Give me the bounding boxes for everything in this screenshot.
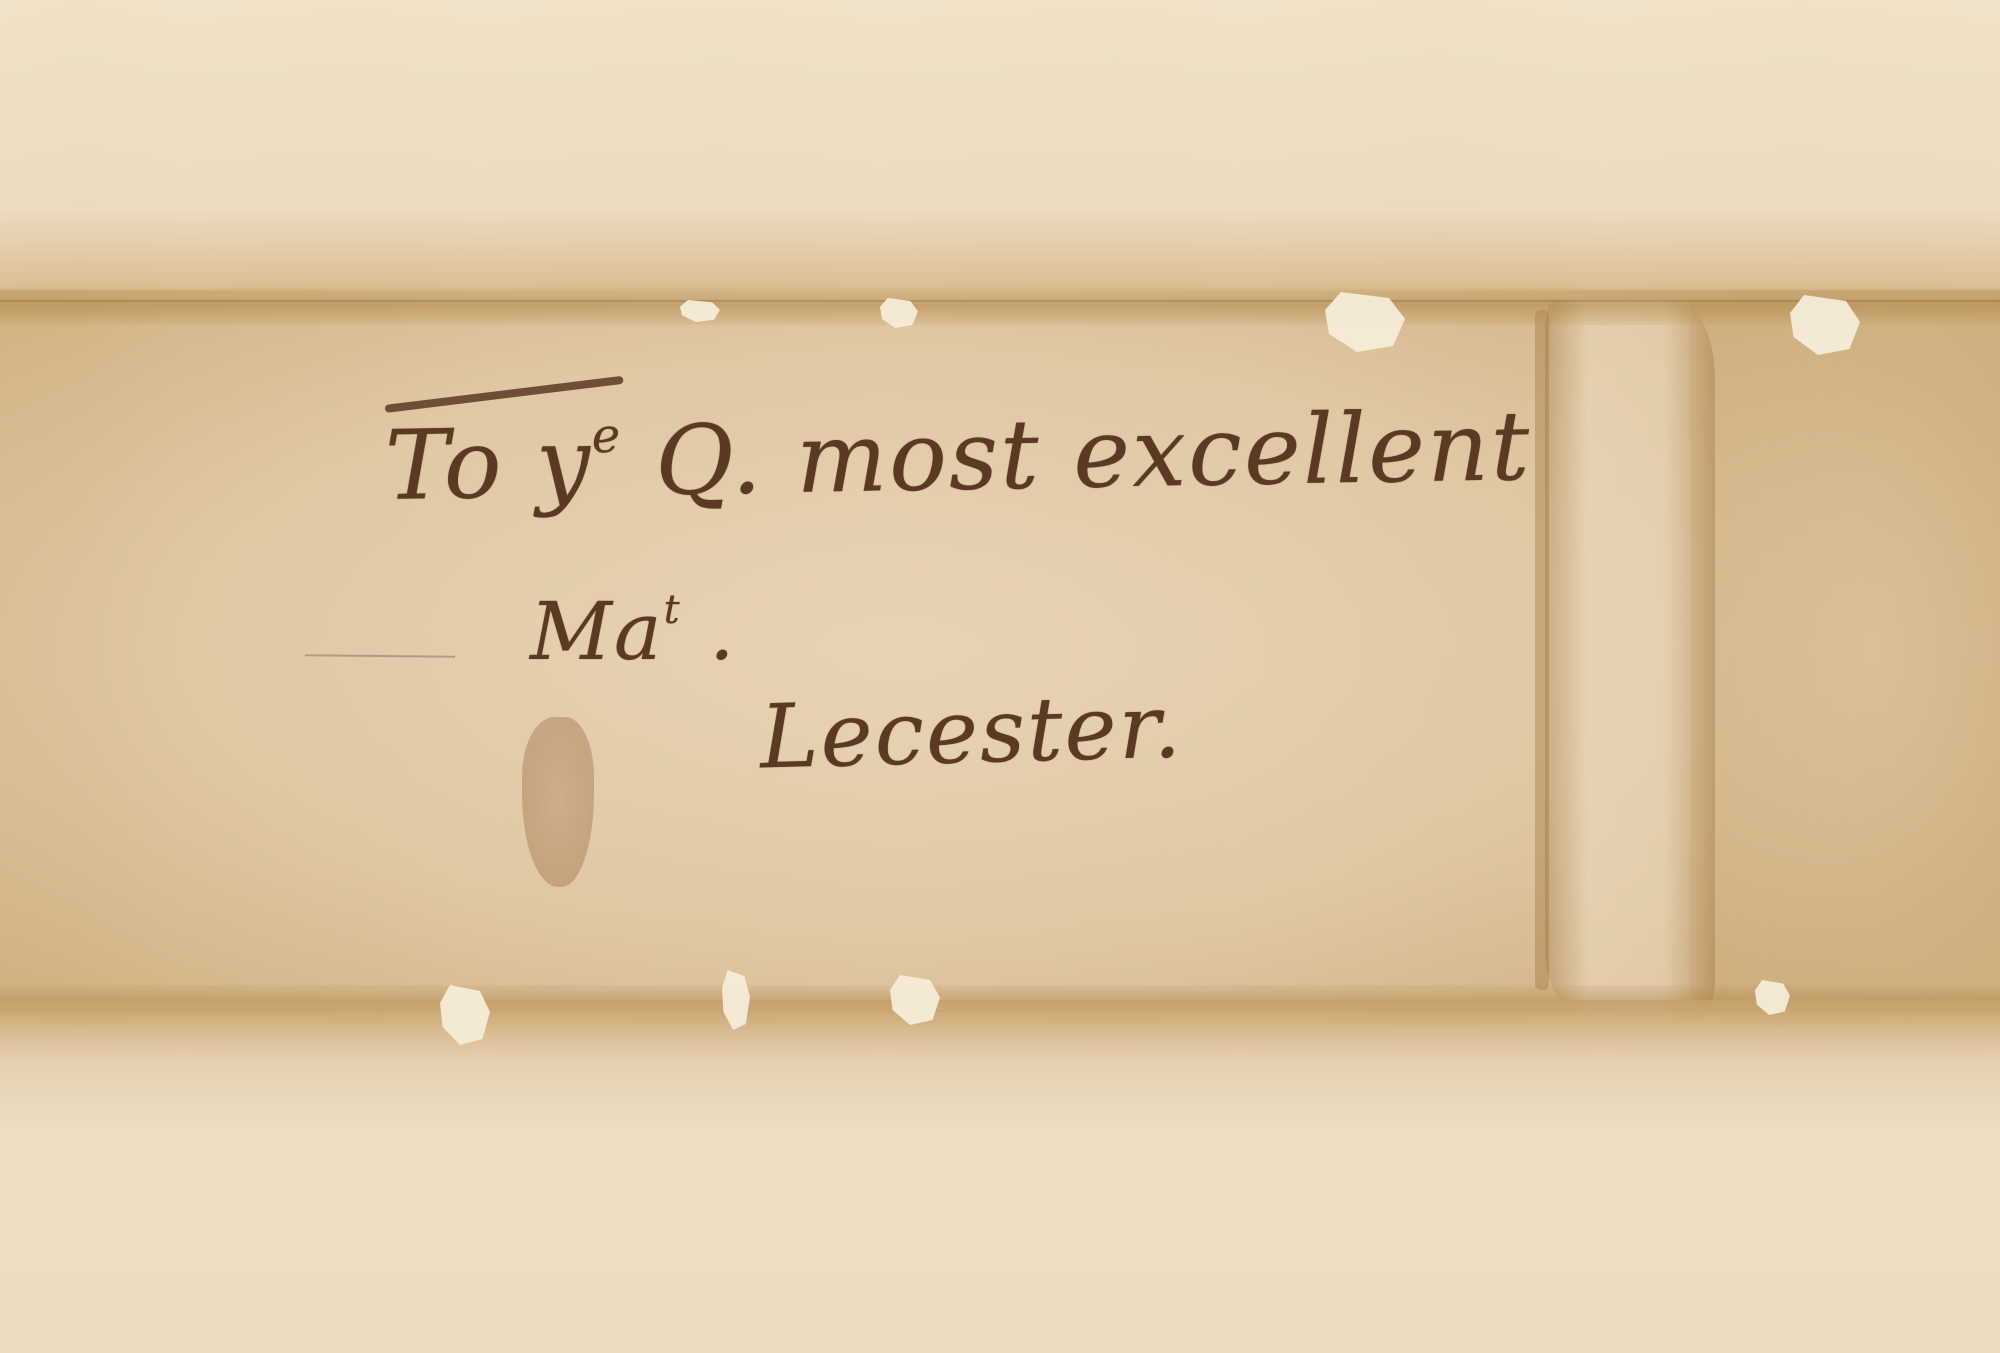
lower-fold-panel <box>0 1000 2000 1353</box>
address-to: To y <box>384 406 593 522</box>
signature: Lecester. <box>759 674 1184 788</box>
signature-lecester: Lecester. <box>759 674 1184 788</box>
water-stain-tide <box>1545 300 1715 1020</box>
fold-crease-top <box>0 285 2000 325</box>
address-line-1: To ye Q. most excellent <box>384 390 1532 522</box>
ink-blot-stain <box>522 717 594 887</box>
address-majesty: Ma <box>530 585 664 678</box>
address-line-2: Mat . <box>530 585 737 678</box>
upper-fold-panel <box>0 0 2000 295</box>
manuscript-page: To ye Q. most excellent Mat . Lecester. <box>0 0 2000 1353</box>
fold-line-top <box>0 300 2000 302</box>
water-stain-right <box>1690 300 2000 1000</box>
superscript-e: e <box>591 408 622 465</box>
address-period: . <box>682 585 737 678</box>
address-queen-excellent: Q. most excellent <box>622 390 1533 518</box>
stain-tide-line <box>1535 310 1549 990</box>
superscript-t: t <box>664 587 682 633</box>
